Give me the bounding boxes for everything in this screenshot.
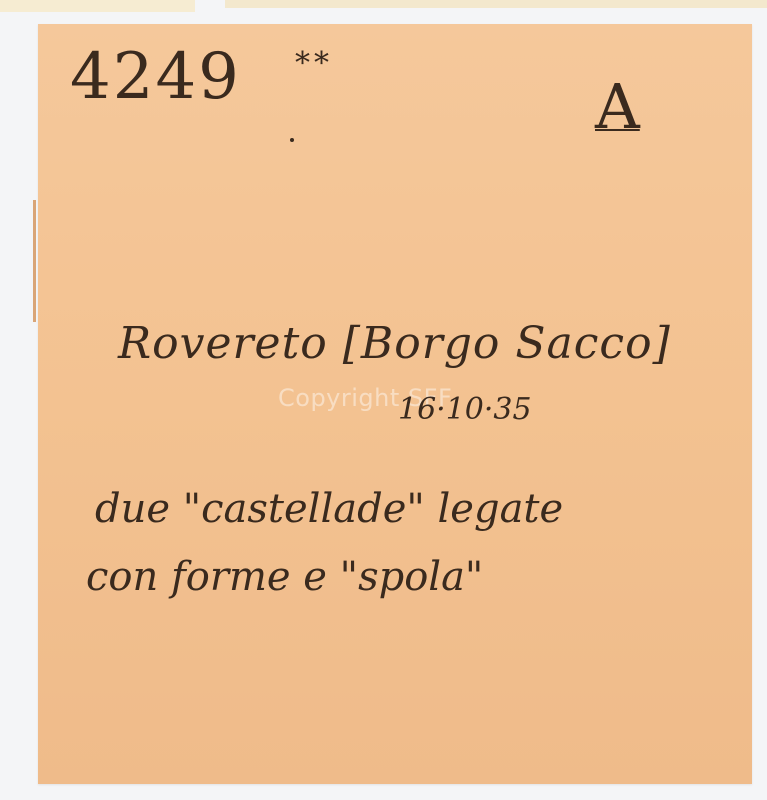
card-shadow-edge	[33, 200, 36, 322]
description-line-1: due "castellade" legate	[95, 486, 563, 532]
location-text: Rovereto [Borgo Sacco]	[118, 318, 671, 369]
adjacent-card-edge-left	[0, 0, 195, 12]
ink-dot	[290, 138, 294, 142]
date-text: 16·10·35	[398, 392, 532, 427]
adjacent-card-edge-right	[225, 0, 767, 8]
catalog-number: 4249	[70, 40, 241, 114]
catalog-marks: **	[295, 46, 333, 81]
description-line-2: con forme e "spola"	[86, 554, 483, 600]
category-letter: A	[595, 70, 640, 143]
